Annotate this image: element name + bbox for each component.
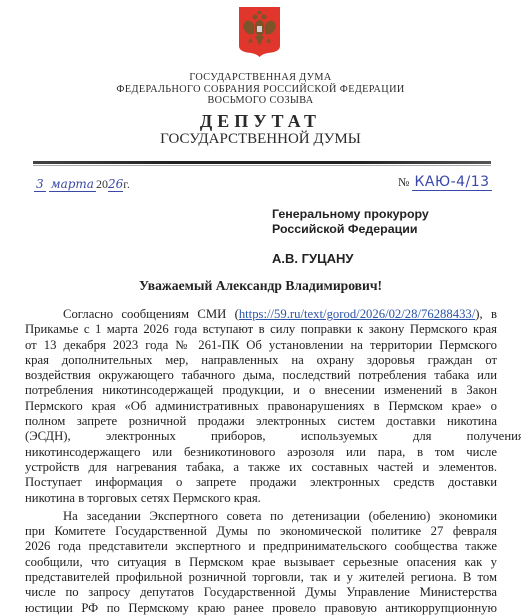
body-line: никотинсодержащего или безникотинового а… [25, 445, 497, 460]
addressee-block: Генеральному прокурору Российской Федера… [272, 207, 429, 266]
letterhead-subtitle: ГОСУДАРСТВЕННОЙ ДУМЫ [0, 131, 521, 148]
body-line: числе по запросу депутатов Государственн… [25, 585, 497, 600]
letterhead-line-2: ФЕДЕРАЛЬНОГО СОБРАНИЯ РОССИЙСКОЙ ФЕДЕРАЦ… [0, 84, 521, 96]
letterhead: ГОСУДАРСТВЕННАЯ ДУМА ФЕДЕРАЛЬНОГО СОБРАН… [0, 72, 521, 148]
document-date: 3 марта2026г. [34, 177, 130, 192]
letter-body: Согласно сообщениям СМИ (https://59.ru/t… [25, 307, 497, 616]
coat-of-arms-icon [238, 6, 281, 58]
date-month: марта [49, 177, 96, 192]
letterhead-title: ДЕПУТАТ [0, 111, 521, 131]
body-line: Пермского края «Об административных прав… [25, 399, 497, 414]
number-value: КАЮ-4/13 [412, 174, 491, 191]
header-divider-thin [33, 165, 491, 166]
body-line: воздействия окружающего табачного дыма, … [25, 368, 497, 383]
body-line: Поступает информация о запрете продажи э… [25, 475, 497, 490]
body-line: Согласно сообщениям СМИ (https://59.ru/t… [25, 307, 497, 322]
letterhead-line-1: ГОСУДАРСТВЕННАЯ ДУМА [0, 72, 521, 84]
body-line: юстиции РФ по Пермскому краю ранее прове… [25, 601, 497, 616]
body-line: сообщили, что ситуация в Пермском крае в… [25, 555, 497, 570]
addressee-line-2: Российской Федерации [272, 222, 429, 237]
registration-number: № КАЮ-4/13 [398, 174, 492, 190]
body-line: никотина в торговых сетях Пермского края… [25, 491, 497, 506]
addressee-name: А.В. ГУЦАНУ [272, 251, 429, 266]
header-divider [33, 161, 491, 164]
body-line: потребления никотинсодержащей продукции,… [25, 383, 497, 398]
body-line: 2026 года представители экспертного и пр… [25, 539, 497, 554]
date-day: 3 [34, 177, 46, 192]
date-year-suffix: 26 [108, 177, 123, 192]
date-year-prefix: 20 [96, 177, 108, 191]
date-suffix: г. [123, 177, 130, 191]
body-line: (ЭСДН), электронных приборов, используем… [25, 429, 497, 444]
paragraph-2: На заседании Экспертного совета по детен… [25, 509, 497, 616]
salutation: Уважаемый Александр Владимирович! [0, 278, 521, 294]
source-link[interactable]: https://59.ru/text/gorod/2026/02/28/7628… [239, 307, 475, 321]
body-line: представителей профильной розничной торг… [25, 570, 497, 585]
body-line: при Комитете Государственной Думы по эко… [25, 524, 497, 539]
number-label: № [398, 175, 409, 189]
letterhead-line-3: ВОСЬМОГО СОЗЫВА [0, 95, 521, 107]
paragraph-1: Согласно сообщениям СМИ (https://59.ru/t… [25, 307, 497, 506]
body-line: На заседании Экспертного совета по детен… [25, 509, 497, 524]
body-line: Прикамье с 1 марта 2026 года вступают в … [25, 322, 497, 337]
body-line: полном запрете розничной продажи электро… [25, 414, 497, 429]
body-line: устройств для нагревания табака, а также… [25, 460, 497, 475]
addressee-line-1: Генеральному прокурору [272, 207, 429, 222]
body-line: края дополнительных мер, направленных на… [25, 353, 497, 368]
body-line: от 13 декабря 2023 года № 261-ПК Об уста… [25, 338, 497, 353]
